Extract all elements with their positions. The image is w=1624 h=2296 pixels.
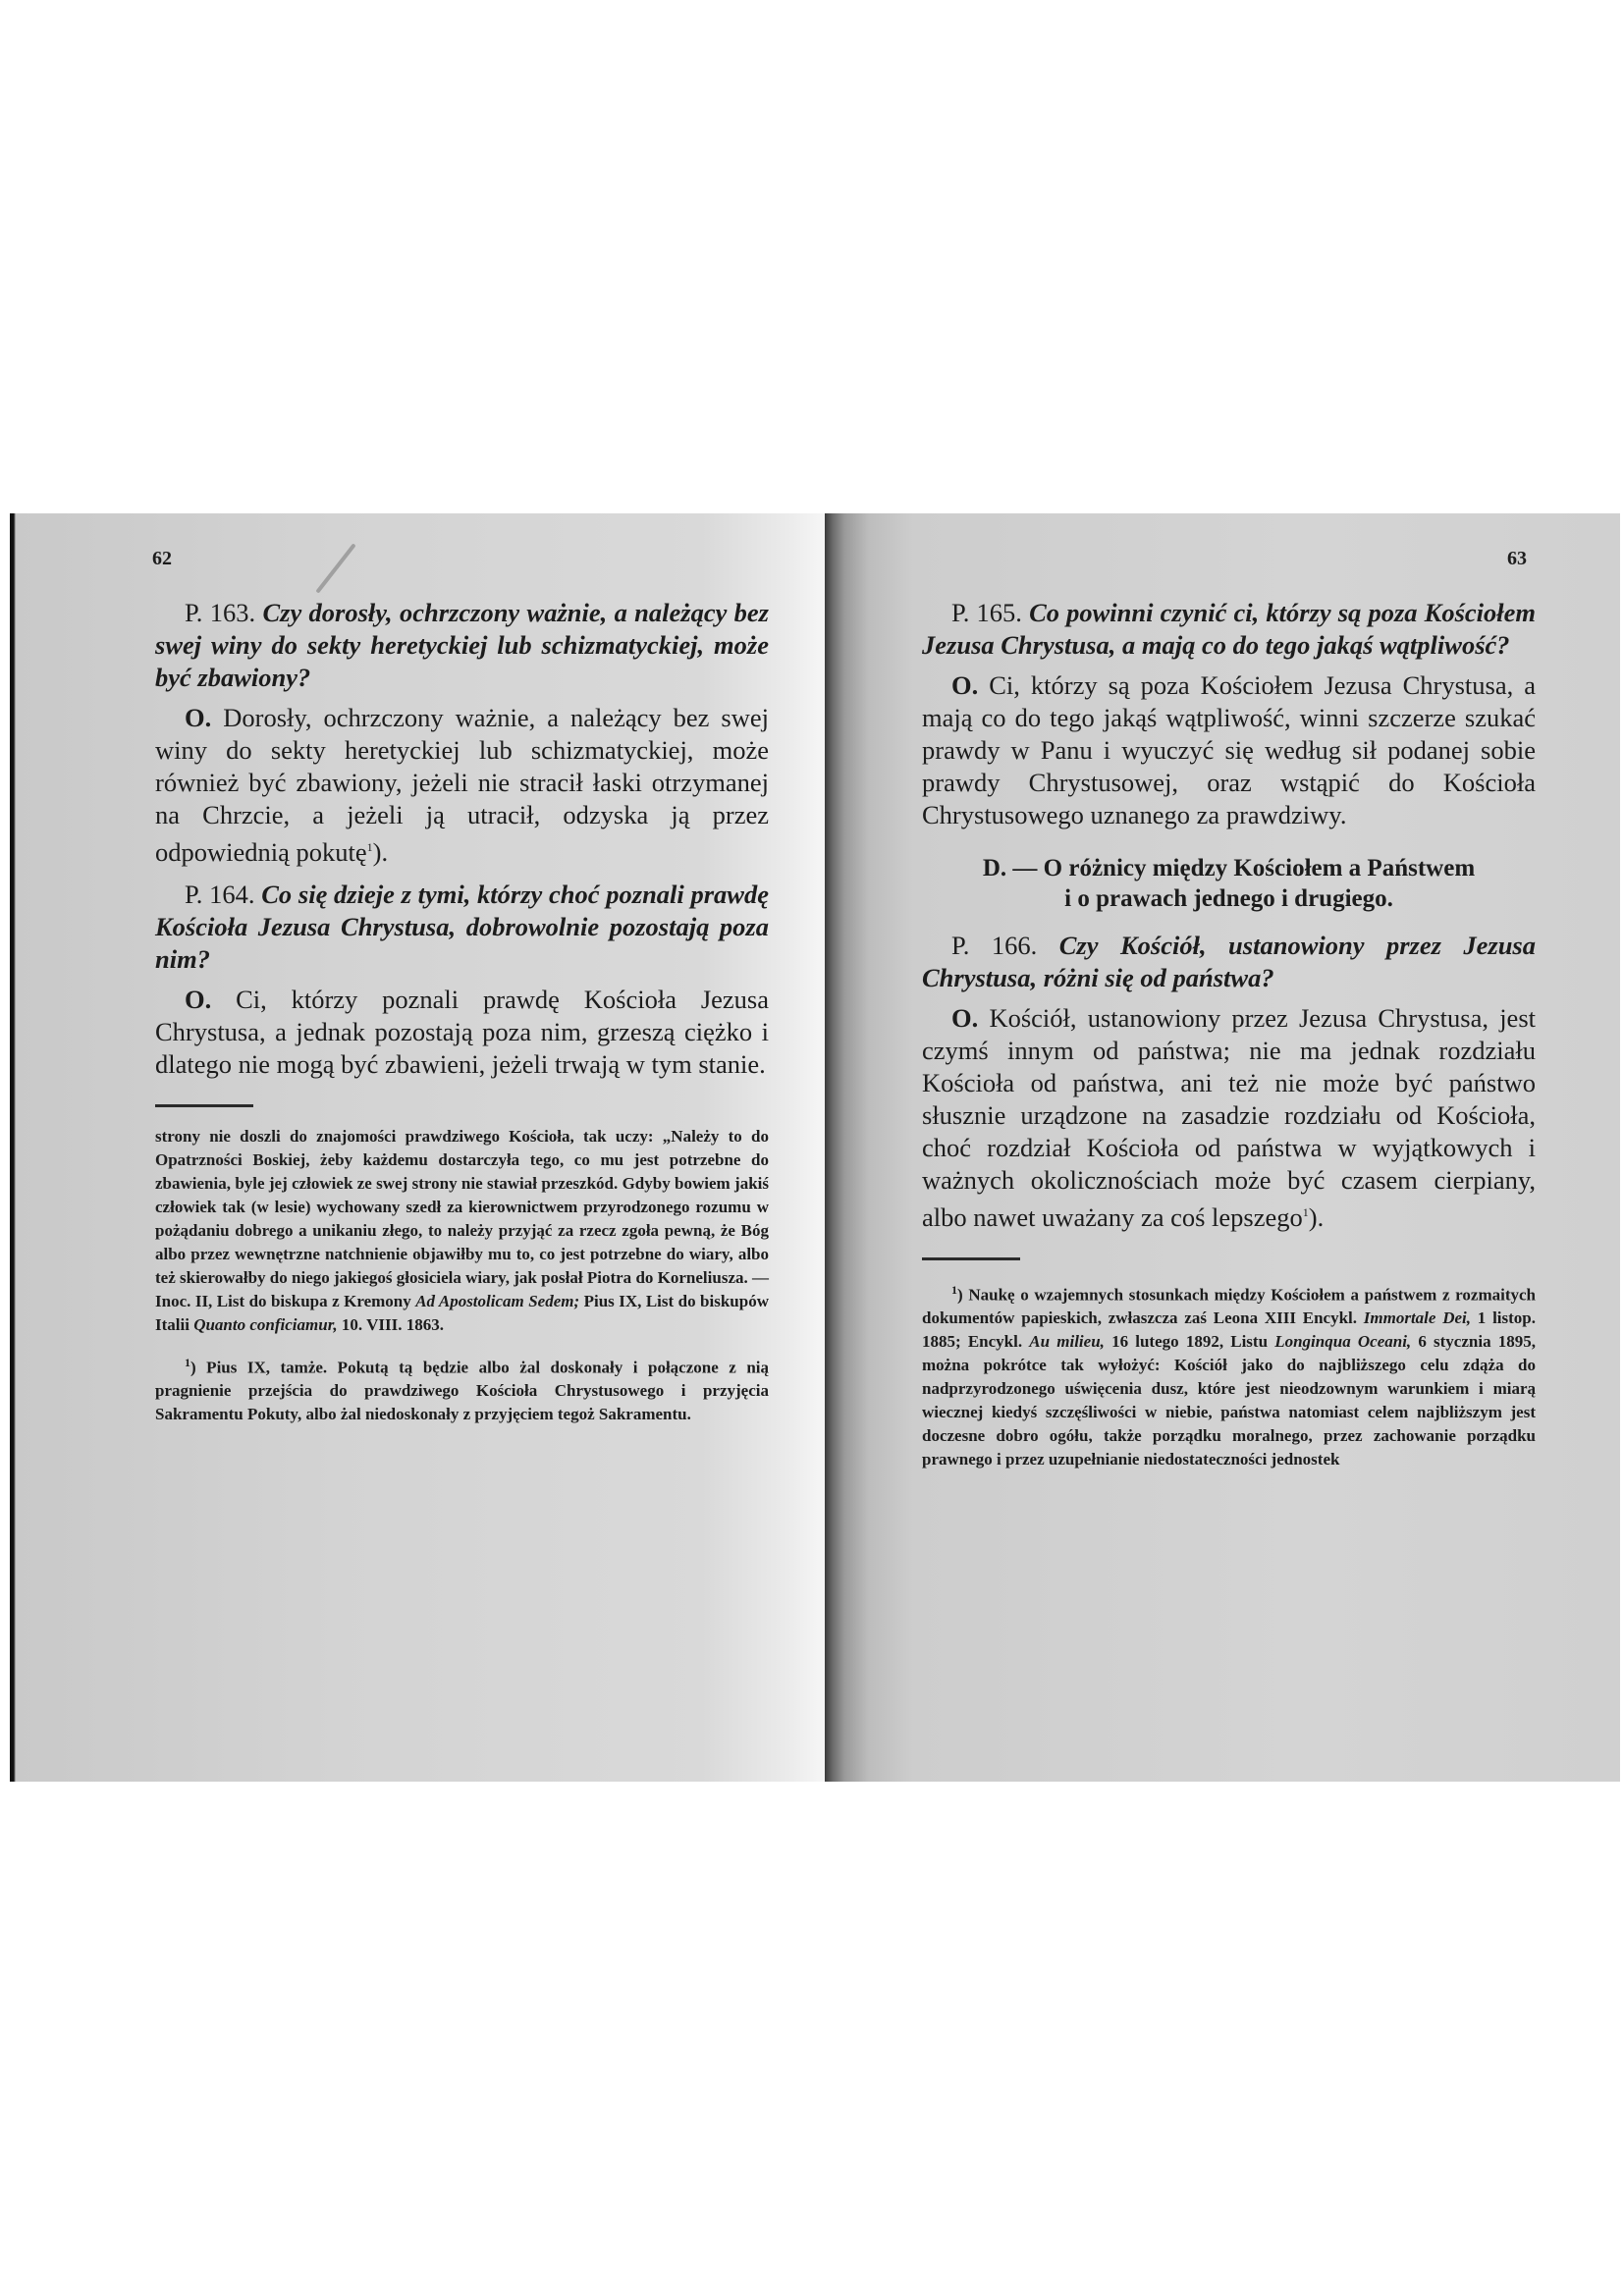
- entry-suffix: ).: [1309, 1202, 1324, 1232]
- left-page: 62 P. 163. Czy dorosły, ochrzczony ważni…: [10, 513, 825, 1782]
- entry-text: Kościół, ustanowiony przez Jezusa Chryst…: [922, 1003, 1536, 1232]
- footnote-text: strony nie doszli do znajomości prawdziw…: [155, 1127, 769, 1310]
- footnote: 1) Pius IX, tamże. Pokutą tą będzie albo…: [155, 1351, 769, 1427]
- footnote-text: 10. VIII. 1863.: [338, 1315, 444, 1334]
- right-page: 63 P. 165. Co powinni czynić ci, którzy …: [825, 513, 1620, 1782]
- entry-label: O.: [951, 1003, 989, 1033]
- footnotes: 1) Naukę o wzajemnych stosunkach między …: [922, 1278, 1536, 1472]
- citation-title: Immortale Dei,: [1364, 1308, 1471, 1327]
- footnote-rule: [155, 1104, 253, 1107]
- entry-suffix: ).: [373, 837, 388, 867]
- citation-title: Au milieu,: [1029, 1332, 1105, 1351]
- footnote-text: Pius IX, tamże. Pokutą tą będzie albo ża…: [155, 1358, 769, 1423]
- left-column: P. 163. Czy dorosły, ochrzczony ważnie, …: [155, 597, 769, 1426]
- qa-entries: P. 163. Czy dorosły, ochrzczony ważnie, …: [155, 597, 769, 1081]
- entry-label: O.: [951, 670, 989, 700]
- section-heading-line2: i o prawach jednego i drugiego.: [922, 883, 1536, 914]
- page-number: 62: [152, 548, 172, 570]
- question: P. 163. Czy dorosły, ochrzczony ważnie, …: [155, 597, 769, 694]
- entry-label: P. 164.: [185, 880, 261, 909]
- citation-title: Ad Apostolicam Sedem;: [415, 1292, 579, 1310]
- qa-entries: P. 166. Czy Kościół, ustanowiony przez J…: [922, 930, 1536, 1234]
- footnote: strony nie doszli do znajomości prawdziw…: [155, 1125, 769, 1337]
- question: P. 166. Czy Kościół, ustanowiony przez J…: [922, 930, 1536, 994]
- page-number: 63: [1507, 548, 1527, 570]
- entry-text: Dorosły, ochrzczony ważnie, a należący b…: [155, 703, 769, 867]
- entry-text: Ci, którzy poznali prawdę Kościoła Jezus…: [155, 985, 769, 1079]
- book-scan: 62 P. 163. Czy dorosły, ochrzczony ważni…: [10, 513, 1620, 1782]
- footnote-rule: [922, 1257, 1020, 1260]
- answer: O. Ci, którzy poznali prawdę Kościoła Je…: [155, 984, 769, 1081]
- right-column: P. 165. Co powinni czynić ci, którzy są …: [922, 597, 1536, 1471]
- footnote-text: 16 lutego 1892, Listu: [1105, 1332, 1274, 1351]
- entry-label: O.: [185, 703, 223, 732]
- entry-label: P. 165.: [951, 598, 1029, 627]
- citation-title: Quanto conficiamur,: [193, 1315, 337, 1334]
- answer: O. Ci, którzy są poza Kościołem Jezusa C…: [922, 669, 1536, 831]
- entry-label: P. 166.: [951, 931, 1059, 960]
- answer: O. Dorosły, ochrzczony ważnie, a należąc…: [155, 702, 769, 869]
- entry-label: O.: [185, 985, 236, 1014]
- answer: O. Kościół, ustanowiony przez Jezusa Chr…: [922, 1002, 1536, 1234]
- section-heading: D. — O różnicy między Kościołem a Państw…: [922, 853, 1536, 914]
- question: P. 165. Co powinni czynić ci, którzy są …: [922, 597, 1536, 662]
- qa-entries: P. 165. Co powinni czynić ci, którzy są …: [922, 597, 1536, 831]
- question: P. 164. Co się dzieje z tymi, którzy cho…: [155, 879, 769, 976]
- section-heading-line1: D. — O różnicy między Kościołem a Państw…: [922, 853, 1536, 883]
- footnote-text: 6 stycznia 1895, można pokrótce tak wyło…: [922, 1332, 1536, 1468]
- entry-text: Ci, którzy są poza Kościołem Jezusa Chry…: [922, 670, 1536, 829]
- footnote: 1) Naukę o wzajemnych stosunkach między …: [922, 1278, 1536, 1472]
- footnotes: strony nie doszli do znajomości prawdziw…: [155, 1125, 769, 1427]
- entry-label: P. 163.: [185, 598, 262, 627]
- citation-title: Longinqua Oceani,: [1274, 1332, 1411, 1351]
